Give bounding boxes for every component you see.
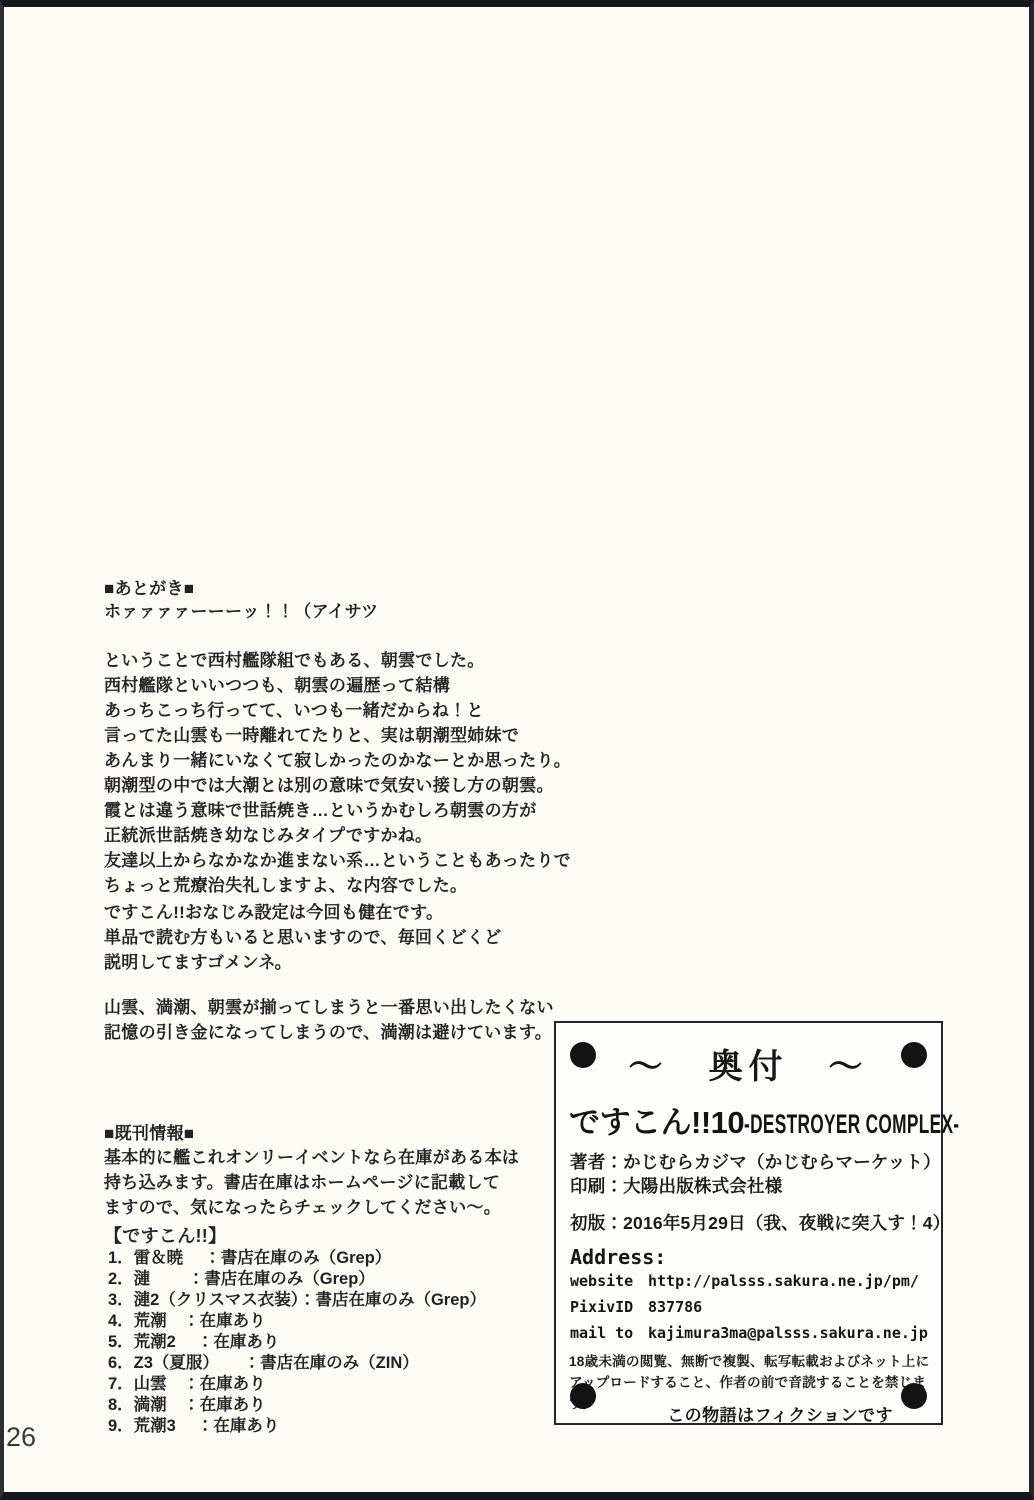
address-heading: Address:: [570, 1245, 666, 1269]
catalog-item: 1．雷＆暁 ：書店在庫のみ（Grep）: [108, 1248, 486, 1269]
mail-value: kajimura3ma@palsss.sakura.ne.jp: [648, 1324, 928, 1342]
catalog-series-title: 【ですこん!!】: [104, 1225, 226, 1247]
fiction-note: この物語はフィクションです: [667, 1401, 893, 1426]
catalog-list: 1．雷＆暁 ：書店在庫のみ（Grep） 2．漣 ：書店在庫のみ（Grep） 3．…: [108, 1248, 486, 1437]
catalog-item: 9．荒潮3 ：在庫あり: [108, 1416, 486, 1437]
pixiv-id-value: 837786: [648, 1298, 702, 1316]
afterword-paragraph-2: 朝潮型の中では大潮とは別の意味で気安い接し方の朝雲。 霞とは違う意味で世話焼き……: [104, 773, 584, 898]
corner-dot-icon: [570, 1383, 596, 1409]
website-label: website: [570, 1272, 633, 1290]
page-number: 26: [6, 1422, 36, 1453]
colophon-box: ～ 奥付 ～ ですこん!!10-DESTROYER COMPLEX- 著者：かじ…: [554, 1021, 943, 1425]
colophon-book-title: ですこん!!10-DESTROYER COMPLEX-: [569, 1097, 1034, 1142]
author-line: 著者：かじむらカジマ（かじむらマーケット）: [570, 1149, 941, 1174]
book-title-japanese: ですこん!!10: [569, 1105, 744, 1140]
afterword-paragraph-1: ということで西村艦隊組でもある、朝雲でした。 西村艦隊といいつつも、朝雲の遍歴っ…: [104, 648, 584, 773]
printer-line: 印刷：大陽出版株式会社様: [570, 1173, 782, 1198]
pixiv-id-label: PixivID: [570, 1298, 633, 1316]
catalog-item: 2．漣 ：書店在庫のみ（Grep）: [108, 1269, 486, 1290]
catalog-item: 3．漣2（クリスマス衣装）：書店在庫のみ（Grep）: [108, 1290, 486, 1311]
catalog-item: 4．荒潮 ：在庫あり: [108, 1311, 486, 1332]
catalog-intro: 基本的に艦これオンリーイベントなら在庫がある本は 持ち込みます。書店在庫はホーム…: [104, 1145, 584, 1220]
afterword-heading: ■あとがき■: [104, 578, 194, 600]
catalog-item: 5．荒潮2 ：在庫あり: [108, 1332, 486, 1353]
catalog-item: 8．満潮 ：在庫あり: [108, 1395, 486, 1416]
catalog-item: 7．山雲 ：在庫あり: [108, 1374, 486, 1395]
afterword-paragraph-3: ですこん!!おなじみ設定は今回も健在です。 単品で読む方もいると思いますので、毎…: [104, 900, 584, 975]
first-edition-line: 初版：2016年5月29日（我、夜戦に突入す！4）: [570, 1210, 950, 1235]
mail-label: mail to: [570, 1324, 633, 1342]
scanned-doujin-page: ■あとがき■ ホァァァァーーーッ！！（アイサツ ということで西村艦隊組でもある、…: [0, 0, 1034, 1500]
catalog-heading: ■既刊情報■: [104, 1123, 194, 1145]
afterword-paragraph-4: 山雲、満潮、朝雲が揃ってしまうと一番思い出したくない 記憶の引き金になってしまう…: [104, 995, 584, 1045]
website-value: http://palsss.sakura.ne.jp/pm/: [648, 1272, 919, 1290]
book-title-english: -DESTROYER COMPLEX-: [744, 1109, 959, 1140]
catalog-item: 6．Z3（夏服） ：書店在庫のみ（ZIN）: [108, 1353, 486, 1374]
colophon-header: ～ 奥付 ～: [556, 1039, 941, 1088]
afterword-greeting: ホァァァァーーーッ！！（アイサツ: [104, 601, 378, 623]
corner-dot-icon: [901, 1383, 927, 1409]
